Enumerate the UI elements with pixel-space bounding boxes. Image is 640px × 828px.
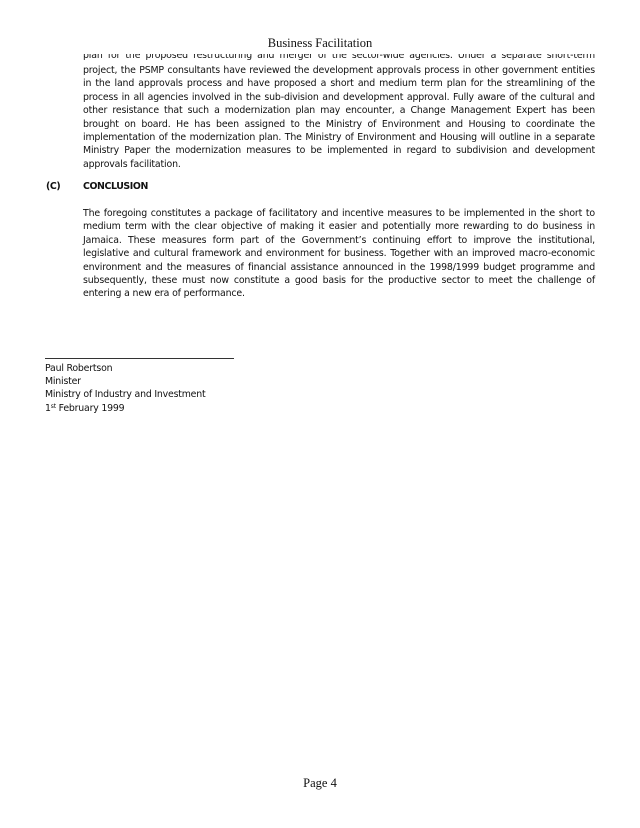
signature-block: Paul Robertson Minister Ministry of Indu… bbox=[45, 362, 205, 415]
signature-line bbox=[45, 358, 234, 359]
signature-date: 1st February 1999 bbox=[45, 402, 205, 415]
signatory-ministry: Ministry of Industry and Investment bbox=[45, 388, 205, 401]
section-heading-conclusion: (C)CONCLUSION bbox=[46, 181, 148, 192]
body-paragraph-modernization: project, the PSMP consultants have revie… bbox=[83, 64, 595, 171]
page-number: Page 4 bbox=[0, 776, 640, 791]
section-number: (C) bbox=[46, 181, 83, 192]
section-title: CONCLUSION bbox=[83, 181, 148, 192]
signatory-role: Minister bbox=[45, 375, 205, 388]
date-month-year: February 1999 bbox=[56, 403, 125, 414]
truncated-text-content: plan for the proposed restructuring and … bbox=[83, 54, 595, 62]
signatory-name: Paul Robertson bbox=[45, 362, 205, 375]
body-paragraph-conclusion: The foregoing constitutes a package of f… bbox=[83, 207, 595, 301]
truncated-text-line: plan for the proposed restructuring and … bbox=[83, 54, 595, 63]
running-header-title: Business Facilitation bbox=[0, 36, 640, 51]
